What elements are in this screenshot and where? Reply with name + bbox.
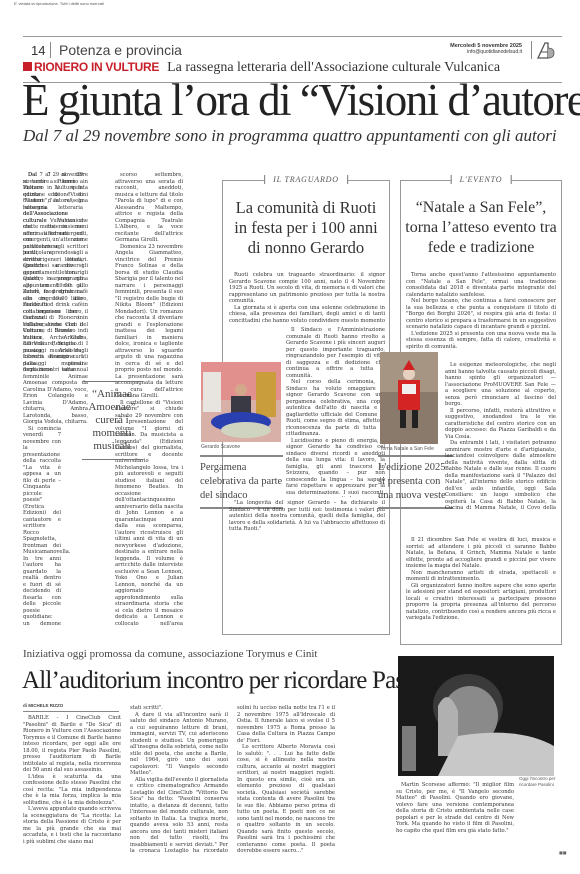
ruoti-headline: La comunità di Ruoti in festa per i 100 … [228, 198, 384, 258]
paragraph: Nel borgo lucano, che continua a farsi c… [406, 298, 556, 331]
end-mark: ■■ [559, 850, 567, 855]
section-tag: IL TRAGUARDO [264, 175, 348, 184]
paragraph: L'aveva appuntato quando scriveva la sce… [23, 806, 121, 845]
paragraph: Il 21 dicembre San Fele si vestirà di lu… [406, 537, 556, 570]
contact-email[interactable]: info@quotidianodelsud.it [450, 49, 522, 55]
paragraph: Alla vigilia dell'evento il giornalista … [130, 777, 228, 856]
paragraph: Torna anche quest'anno l'attesissimo app… [406, 272, 556, 298]
newspaper-logo-icon [536, 40, 556, 60]
paragraph: scorso settembre, attraverso una serata … [115, 172, 183, 244]
pasolini-photo [398, 656, 554, 776]
paragraph: Nel corso della cerimonia, il Sindaco ha… [286, 379, 385, 438]
date-info: Mercoledì 5 novembre 2025 info@quotidian… [450, 43, 522, 55]
main-subheadline: Dal 7 al 29 novembre sono in programma q… [23, 126, 557, 146]
paragraph: Martin Scorsese affermò: "Il miglior fil… [396, 782, 514, 834]
paragraph: Non mancheranno artisti di strada, spett… [406, 570, 556, 583]
kicker-text: La rassegna letteraria dell'Associazione… [167, 60, 500, 75]
pasolini-kicker: Iniziativa oggi promossa da comune, asso… [23, 648, 317, 660]
copyright-notice: E' vietata la riproduzione. Tutti i diri… [14, 1, 104, 6]
sanfele-headline: “Natale a San Fele”, torna l’atteso even… [404, 198, 558, 258]
paragraph: Dal 7 al 29 novembre si terrà a Rionero … [23, 172, 88, 426]
paragraph: BARILE - I CineClub Cinit "Pasolini" di … [23, 715, 121, 774]
paragraph: Le esigenze meteorologiche, che negli an… [445, 362, 556, 408]
paragraph: L'edizione 2025 si presenta con una nuov… [406, 331, 556, 351]
main-article-column-1: Dal 7 al 29 novembre si terrà a Rionero … [23, 172, 88, 627]
page-number: 14 [31, 43, 45, 58]
ruoti-body-bottom: "La longevità del signor Gerardo – ha di… [229, 500, 385, 630]
section-title: Potenza e provincia [59, 42, 182, 58]
sanfele-intro: Torna anche quest'anno l'attesissimo app… [406, 272, 556, 360]
paragraph: Gli organizzatori fanno inoltre sapere c… [406, 583, 556, 622]
byline: di MICHELE RIZZO [23, 703, 119, 712]
sanfele-body-bottom: Il 21 dicembre San Fele si vestirà di lu… [406, 537, 556, 640]
paragraph: Ruoti celebra un traguardo straordinario… [229, 272, 385, 305]
paragraph: La giornata si è aperta con una solenne … [229, 305, 385, 323]
pasolini-headline: All’auditorium incontro per ricordare Pa… [22, 667, 446, 695]
paragraph: Da entrambi i lati, i visitatori potrann… [445, 440, 556, 510]
paragraph: solini fu ucciso nella notte tra l'1 e i… [237, 705, 335, 744]
divider [50, 42, 51, 58]
paragraph: L'idea è scaturita da una confessione de… [23, 774, 121, 807]
sanfele-quote: L'edizione 2025 si presenta con una nuov… [378, 455, 453, 509]
paragraph: Si comincia venerdì 7 novembre con la pr… [23, 426, 61, 628]
photo-caption: Torna Natale a San Fele [380, 446, 434, 452]
pasolini-col3: solini fu ucciso nella notte tra l'1 e i… [237, 705, 335, 855]
paragraph: Il percorso, infatti, resterà attrattivo… [445, 408, 556, 441]
divider [531, 41, 532, 59]
gerardo-photo [201, 362, 281, 442]
ruoti-body-col: Il Sindaco e l'Amministrazione comunale … [286, 327, 385, 497]
paragraph: Il Sindaco e l'Amministrazione comunale … [286, 327, 385, 379]
paragraph: Lo scrittore Alberto Moravia così lo sal… [237, 744, 335, 855]
article-kicker: RIONERO IN VULTURELa rassegna letteraria… [23, 60, 500, 76]
location-tag: RIONERO IN VULTURE [34, 60, 159, 74]
paragraph: Domenica 23 novembre Angela Giammatteo, … [115, 244, 183, 400]
pull-quote: “Animae Amoenae” curerà i momenti musica… [82, 381, 142, 460]
santa-photo [380, 352, 438, 444]
ruoti-intro: Ruoti celebra un traguardo straordinario… [229, 272, 385, 322]
red-square-icon [23, 62, 32, 71]
main-headline: È giunta l’ora di “Visioni d’autore” [22, 76, 580, 124]
sanfele-body-col: Le esigenze meteorologiche, che negli an… [445, 362, 556, 510]
pasolini-col1: BARILE - I CineClub Cinit "Pasolini" di … [23, 715, 121, 855]
paragraph: "La longevità del signor Gerardo – ha di… [229, 500, 385, 533]
photo-caption: Gerardo Scavone [201, 444, 240, 450]
pasolini-col2: stati scritti". A dare il via all'incont… [130, 705, 228, 855]
paragraph: Lucidissimo e pieno di energia, il signo… [286, 438, 385, 498]
pasolini-col4: Martin Scorsese affermò: "Il miglior fil… [396, 782, 514, 852]
section-tag: L'EVENTO [451, 175, 512, 184]
photo-caption: Oggi l'incontro per ricordare Pasolini [519, 776, 559, 787]
paragraph: A dare il via all'incontro sarà il salut… [130, 712, 228, 777]
